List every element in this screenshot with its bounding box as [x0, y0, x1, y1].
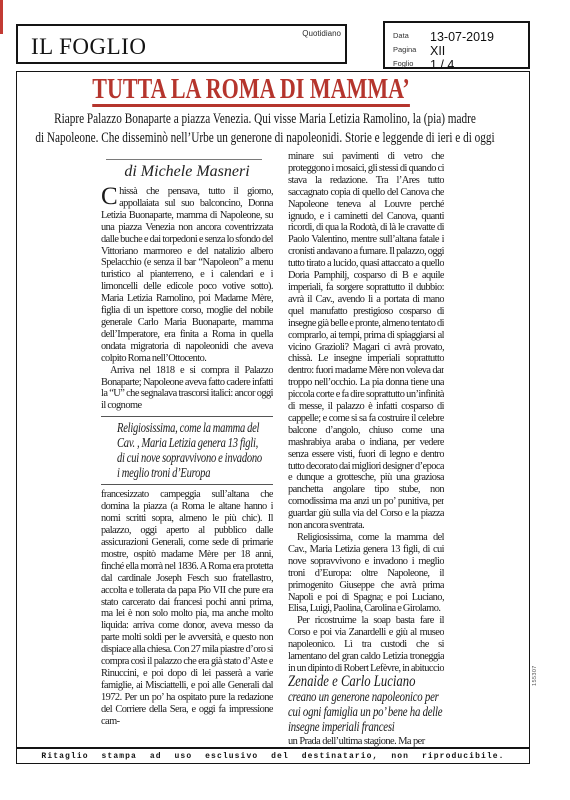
meta-row-date: Data13-07-2019 — [393, 28, 494, 42]
masthead-box: IL FOGLIO Quotidiano — [16, 24, 347, 64]
pullquote-rule-bottom — [101, 484, 273, 485]
headline-wrap: TUTTA LA ROMA DI MAMMA’ — [17, 76, 485, 110]
meta-row-page: PaginaXII — [393, 42, 445, 56]
drop-cap: C — [101, 186, 119, 207]
copyright-notice-bar: Ritaglio stampa ad uso esclusivo del des… — [16, 748, 530, 764]
left-paragraph-2: Arriva nel 1818 e si compra il Palazzo B… — [101, 365, 273, 413]
article-subtitle: Riapre Palazzo Bonaparte a piazza Venezi… — [17, 110, 513, 150]
right-paragraph-3: Per ricostruirne la soap basta fare il C… — [288, 615, 444, 673]
publication-type-label: Quotidiano — [302, 29, 341, 38]
date-label: Data — [393, 28, 430, 40]
subtitle-line-1: Riapre Palazzo Bonaparte a piazza Venezi… — [54, 111, 476, 128]
pullquote-rule-top — [101, 416, 273, 417]
subtitle-line-2: di Napoleone. Che disseminò nell’Urbe un… — [35, 130, 494, 147]
left-pullquote: Religiosissima, come la mamma del Cav. ,… — [117, 421, 265, 480]
sheet-value: 1 / 4 — [430, 58, 454, 72]
publication-meta-box: Data13-07-2019 PaginaXII Foglio1 / 4 — [383, 21, 530, 69]
right-paragraph-4: un Prada dell’ultima stagione. Ma per — [288, 736, 444, 748]
left-paragraph-3: francesizzato campeggia sull’altana che … — [101, 489, 273, 727]
byline-rule — [106, 159, 262, 160]
left-paragraph-1: Chissà che pensava, tutto il giorno, app… — [101, 186, 273, 365]
article-frame: TUTTA LA ROMA DI MAMMA’ Riapre Palazzo B… — [16, 71, 530, 748]
margin-code: 155307 — [532, 665, 538, 686]
left-column: Chissà che pensava, tutto il giorno, app… — [101, 186, 273, 748]
right-pullquote-rest: creano un generone napoleonico per cui o… — [288, 690, 444, 735]
scan-red-artifact — [0, 0, 3, 34]
article-byline: di Michele Masneri — [101, 163, 273, 181]
right-paragraph-1: minare sui pavimenti di vetro che proteg… — [288, 151, 444, 532]
right-pullquote-line-1: Zenaide e Carlo Luciano — [288, 673, 416, 690]
right-pullquote-block: Zenaide e Carlo Luciano creano un genero… — [288, 673, 444, 749]
page-label: Pagina — [393, 42, 430, 54]
right-column: minare sui pavimenti di vetro che proteg… — [288, 151, 444, 673]
meta-row-sheet: Foglio1 / 4 — [393, 56, 454, 70]
sheet-label: Foglio — [393, 56, 430, 68]
newspaper-clipping-page: IL FOGLIO Quotidiano Data13-07-2019 Pagi… — [0, 0, 570, 800]
masthead-title: IL FOGLIO — [31, 34, 146, 60]
left-paragraph-1-text: hissà che pensava, tutto il giorno, appo… — [101, 186, 273, 364]
right-paragraph-2: Religiosissima, come la mamma del Cav., … — [288, 532, 444, 615]
article-headline: TUTTA LA ROMA DI MAMMA’ — [92, 76, 410, 107]
